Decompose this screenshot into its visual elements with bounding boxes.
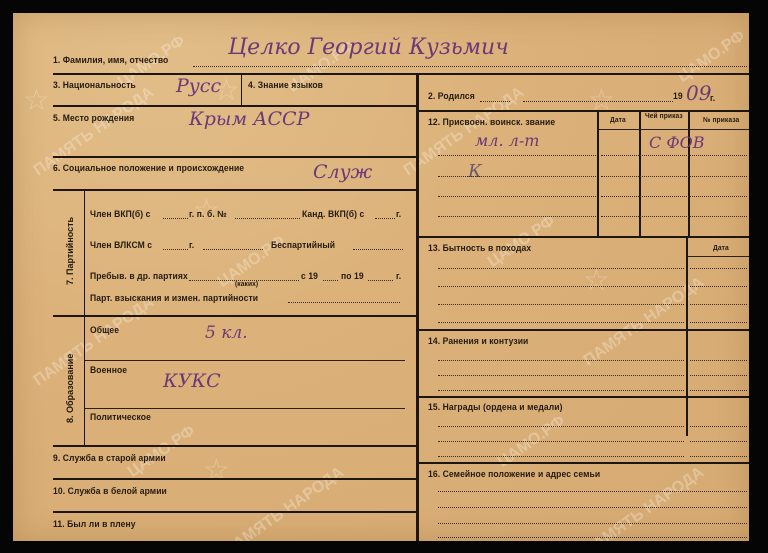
field-14-label: 14. Ранения и контузии [428,336,528,346]
f12-col-whose: Чей приказ [643,113,685,121]
field-2-year-value: 09 [686,81,711,105]
field-15-label: 15. Награды (ордена и медали) [428,402,563,412]
fill-line [438,286,684,287]
fill-line [601,176,747,177]
fill-line [368,280,393,281]
field-8-label: 8. Образование [65,354,75,423]
f7-row3-a: Пребыв. в др. партиях [90,271,188,281]
f7-row1-b: г. п. б. № [189,209,227,219]
fill-line [601,196,747,197]
fill-line [438,176,596,177]
f12-col-number: № приказа [703,117,739,124]
divider [417,236,749,238]
field-1-line [193,66,747,67]
fill-line [163,218,188,219]
field-2-year-prefix: 19 [673,91,683,101]
divider [417,396,749,398]
fill-line [438,375,684,376]
divider [417,329,749,331]
f12-value-mark: К [468,161,482,182]
fill-line [690,426,747,427]
divider [53,73,749,75]
fill-line [438,491,747,492]
fill-line [438,196,596,197]
f7-row1-d: г. [396,209,401,219]
fill-line [690,390,747,391]
divider [53,189,417,191]
f8-political-label: Политическое [90,412,151,422]
fill-line [163,249,188,250]
fill-line [438,304,684,305]
fill-line [235,218,300,219]
fill-line [323,280,338,281]
field-11-label: 11. Был ли в плену [53,519,136,529]
divider [53,478,417,480]
fill-line [438,360,684,361]
f7-row2-b: г. [189,240,194,250]
fill-line [690,268,747,269]
fill-line [690,286,747,287]
field-1-label: 1. Фамилия, имя, отчество [53,55,168,65]
field-9-label: 9. Служба в старой армии [53,453,166,463]
field-6-value: Служ [313,161,372,183]
f12-value-whose: С ФОВ [649,133,704,152]
fill-line [690,304,747,305]
field-10-label: 10. Служба в белой армии [53,486,167,496]
fill-line [438,216,596,217]
star-icon: ☆ [203,453,230,488]
divider [53,105,417,107]
divider [417,462,749,464]
fill-line [438,322,684,323]
f7-row1-c: Канд. ВКП(б) с [302,209,364,219]
field-16-label: 16. Семейное положение и адрес семьи [428,469,600,479]
divider [688,256,749,257]
field-13-label: 13. Бытность в походах [428,243,531,253]
divider [84,189,85,315]
fill-line [375,218,395,219]
f7-row3-d: г. [396,271,401,281]
f7-row3-b: с 19 [301,271,318,281]
fill-line [203,249,263,250]
watermark-camo: ЦАМО.РФ [485,212,559,271]
divider [85,408,405,409]
fill-line [601,216,747,217]
f8-military-value: КУКС [163,370,221,392]
field-4-label: 4. Знание языков [248,80,323,90]
divider [241,73,242,105]
f8-general-label: Общее [90,325,119,335]
fill-line [690,456,747,457]
fill-line [438,537,747,538]
field-6-label: 6. Социальное положение и происхождение [53,163,244,173]
field-3-value: Русс [176,75,221,97]
field-12-label: 12. Присвоен. воинск. звание [428,117,555,127]
divider [417,110,749,112]
divider [85,360,405,361]
fill-line [438,507,747,508]
fill-line [690,360,747,361]
fill-line [438,426,684,427]
f7-row2-a: Член ВЛКСМ с [90,240,152,250]
divider [84,315,85,445]
watermark-pamyat: ПАМЯТЬ НАРОДА [31,294,158,390]
field-7-label: 7. Партийность [65,217,75,285]
f12-value-rank: мл. л-т [475,131,539,150]
center-divider [416,73,419,541]
fill-line [438,155,596,156]
f12-col-date: Дата [610,117,626,124]
field-2-month-line [523,101,673,102]
f7-row4: Парт. взыскания и измен. партийности [90,293,258,303]
f8-general-value: 5 кл. [205,323,248,343]
f7-row2-c: Беспартийный [271,240,335,250]
fill-line [353,249,403,250]
fill-line [690,375,747,376]
star-icon: ☆ [23,83,50,118]
divider [53,511,417,513]
fill-line [288,302,400,303]
fill-line [601,155,747,156]
divider [686,236,688,436]
watermark-camo: ЦАМО.РФ [125,422,199,481]
field-1-value: Целко Георгий Кузьмич [228,35,509,60]
field-2-day-line [480,101,510,102]
fill-line [438,268,684,269]
watermark-camo: ЦАМО.РФ [675,27,749,86]
f7-row3-c: по 19 [341,271,364,281]
f7-row3-note: (каких) [235,281,258,288]
f13-col-date: Дата [713,245,729,252]
field-3-label: 3. Национальность [53,80,136,90]
divider [53,315,417,317]
divider [599,129,749,130]
divider [53,445,417,447]
fill-line [438,523,747,524]
field-2-year-suffix: г. [710,93,715,103]
field-2-label: 2. Родился [428,91,475,101]
watermark-pamyat: ПАМЯТЬ НАРОДА [221,464,348,541]
f7-row1-a: Член ВКП(б) с [90,209,151,219]
divider [53,156,417,158]
personnel-record-card: ЦАМО.РФ ЦАМО.РФ ЦАМО.РФ ПАМЯТЬ НАРОДА ПА… [13,13,749,541]
fill-line [438,390,684,391]
fill-line [690,441,747,442]
f8-military-label: Военное [90,365,127,375]
fill-line [690,322,747,323]
field-5-value: Крым АССР [189,108,309,130]
fill-line [438,441,684,442]
fill-line [438,456,684,457]
field-5-label: 5. Место рождения [53,113,134,123]
